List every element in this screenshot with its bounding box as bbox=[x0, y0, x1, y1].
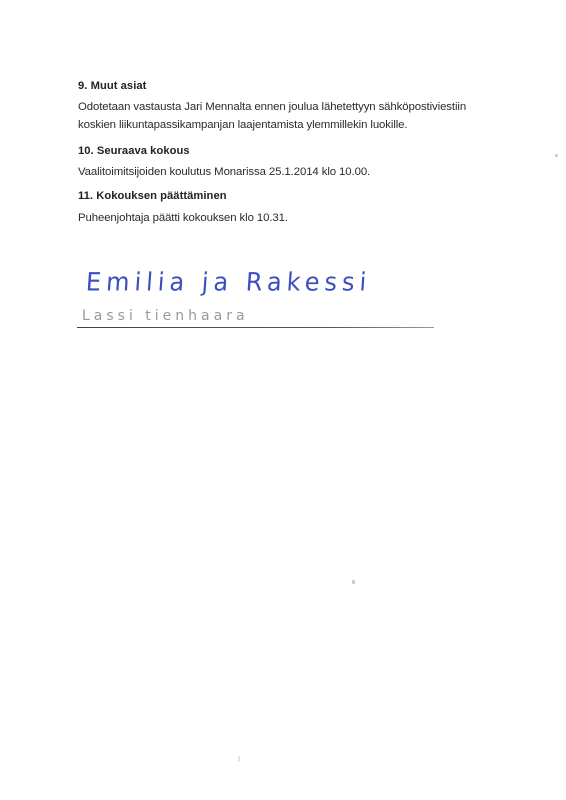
section-body-kokouksen-paattaminen: Puheenjohtaja päätti kokouksen klo 10.31… bbox=[78, 209, 288, 227]
body-line: Vaalitoimitsijoiden koulutus Monarissa 2… bbox=[78, 163, 370, 181]
document-page: 9. Muut asiat Odotetaan vastausta Jari M… bbox=[0, 0, 566, 800]
body-line: Odotetaan vastausta Jari Mennalta ennen … bbox=[78, 98, 466, 116]
section-body-muut-asiat: Odotetaan vastausta Jari Mennalta ennen … bbox=[78, 98, 466, 134]
section-heading-seuraava-kokous: 10. Seuraava kokous bbox=[78, 145, 190, 157]
scan-speck bbox=[352, 580, 355, 584]
handwritten-signature-primary: Emilia ja Rakessi bbox=[85, 267, 372, 296]
section-body-seuraava-kokous: Vaalitoimitsijoiden koulutus Monarissa 2… bbox=[78, 163, 370, 181]
handwritten-signature-secondary: Lassi tienhaara bbox=[82, 308, 249, 324]
section-heading-muut-asiat: 9. Muut asiat bbox=[78, 80, 146, 92]
scan-speck bbox=[555, 154, 558, 157]
body-line: koskien liikuntapassikampanjan laajentam… bbox=[78, 116, 466, 134]
body-line: Puheenjohtaja päätti kokouksen klo 10.31… bbox=[78, 209, 288, 227]
signature-line bbox=[77, 327, 434, 328]
section-heading-kokouksen-paattaminen: 11. Kokouksen päättäminen bbox=[78, 190, 227, 202]
scan-speck bbox=[238, 756, 240, 762]
